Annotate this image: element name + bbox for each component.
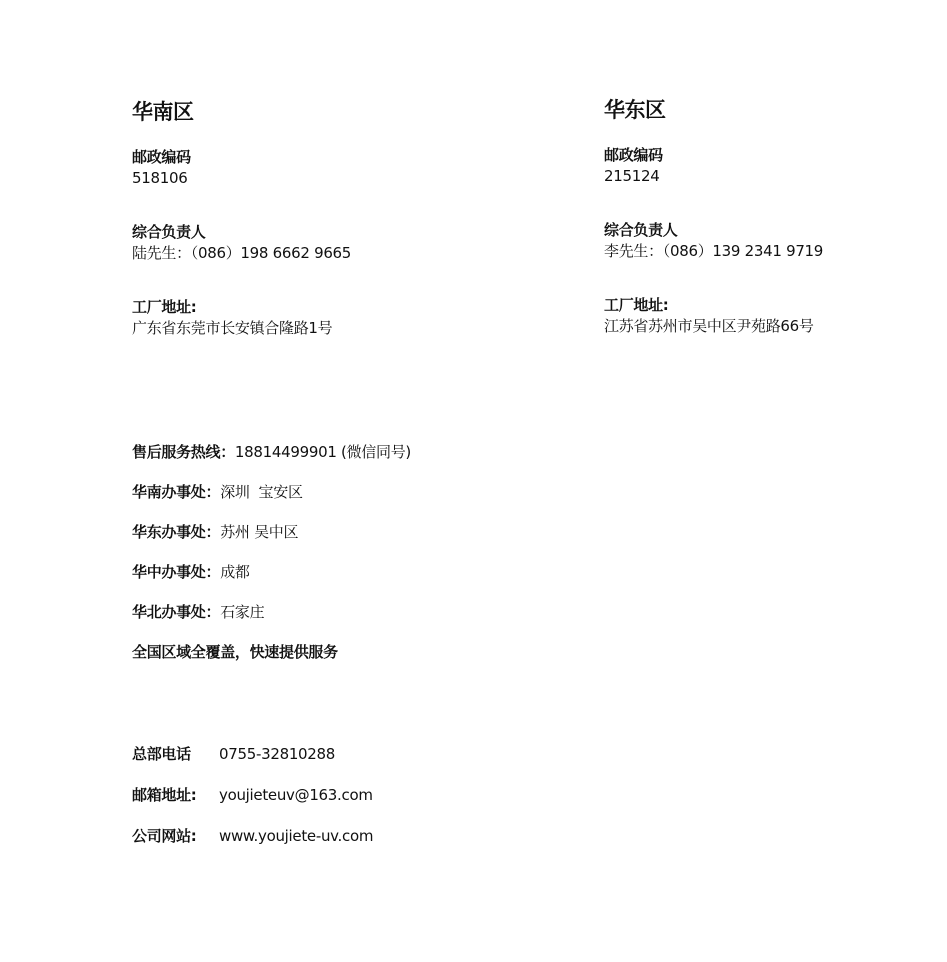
postal-code-label: 邮政编码 — [132, 147, 191, 167]
office-value: 石家庄 — [220, 603, 264, 621]
manager-label: 综合负责人 — [604, 220, 823, 240]
coverage-slogan: 全国区域全覆盖，快速提供服务 — [132, 641, 338, 663]
office-north-china: 华北办事处：石家庄 — [132, 601, 264, 623]
postal-code-value: 215124 — [604, 165, 663, 187]
region-title: 华东区 — [604, 95, 924, 125]
manager-value: 李先生：（086）139 2341 9719 — [604, 240, 823, 262]
website-value[interactable]: www.youjiete-uv.com — [219, 827, 373, 845]
office-central-china: 华中办事处：成都 — [132, 561, 250, 583]
postal-code-value: 518106 — [132, 167, 191, 189]
email-value[interactable]: youjieteuv@163.com — [219, 786, 373, 804]
office-south-china: 华南办事处：深圳 宝安区 — [132, 481, 303, 503]
email-address: 邮箱地址:youjieteuv@163.com — [132, 784, 373, 806]
office-label: 华东办事处： — [132, 523, 220, 541]
region-south-china: 华南区 邮政编码 518106 综合负责人 陆先生：（086）198 6662 … — [132, 97, 452, 127]
hq-phone-value: 0755-32810288 — [219, 745, 335, 763]
region-title: 华南区 — [132, 97, 452, 127]
office-value: 成都 — [220, 563, 249, 581]
factory-address-label: 工厂地址: — [132, 297, 332, 317]
office-label: 华中办事处： — [132, 563, 220, 581]
office-value: 深圳 宝安区 — [220, 483, 302, 501]
factory-address-label: 工厂地址: — [604, 295, 814, 315]
hq-phone: 总部电话0755-32810288 — [132, 743, 335, 765]
email-label: 邮箱地址: — [132, 784, 219, 806]
postal-code-label: 邮政编码 — [604, 145, 663, 165]
after-sales-hotline: 售后服务热线：18814499901 (微信同号) — [132, 441, 411, 463]
manager-value: 陆先生：（086）198 6662 9665 — [132, 242, 351, 264]
manager-label: 综合负责人 — [132, 222, 351, 242]
hotline-label: 售后服务热线： — [132, 443, 235, 461]
factory-address-value: 江苏省苏州市吴中区尹苑路66号 — [604, 315, 814, 337]
company-website: 公司网站:www.youjiete-uv.com — [132, 825, 373, 847]
office-east-china: 华东办事处：苏州 吴中区 — [132, 521, 298, 543]
office-label: 华南办事处： — [132, 483, 220, 501]
factory-address-value: 广东省东莞市长安镇合隆路1号 — [132, 317, 332, 339]
website-label: 公司网站: — [132, 825, 219, 847]
hq-phone-label: 总部电话 — [132, 743, 219, 765]
office-label: 华北办事处： — [132, 603, 220, 621]
region-east-china: 华东区 邮政编码 215124 综合负责人 李先生：（086）139 2341 … — [604, 95, 924, 125]
hotline-value: 18814499901 (微信同号) — [235, 443, 411, 461]
office-value: 苏州 吴中区 — [220, 523, 298, 541]
